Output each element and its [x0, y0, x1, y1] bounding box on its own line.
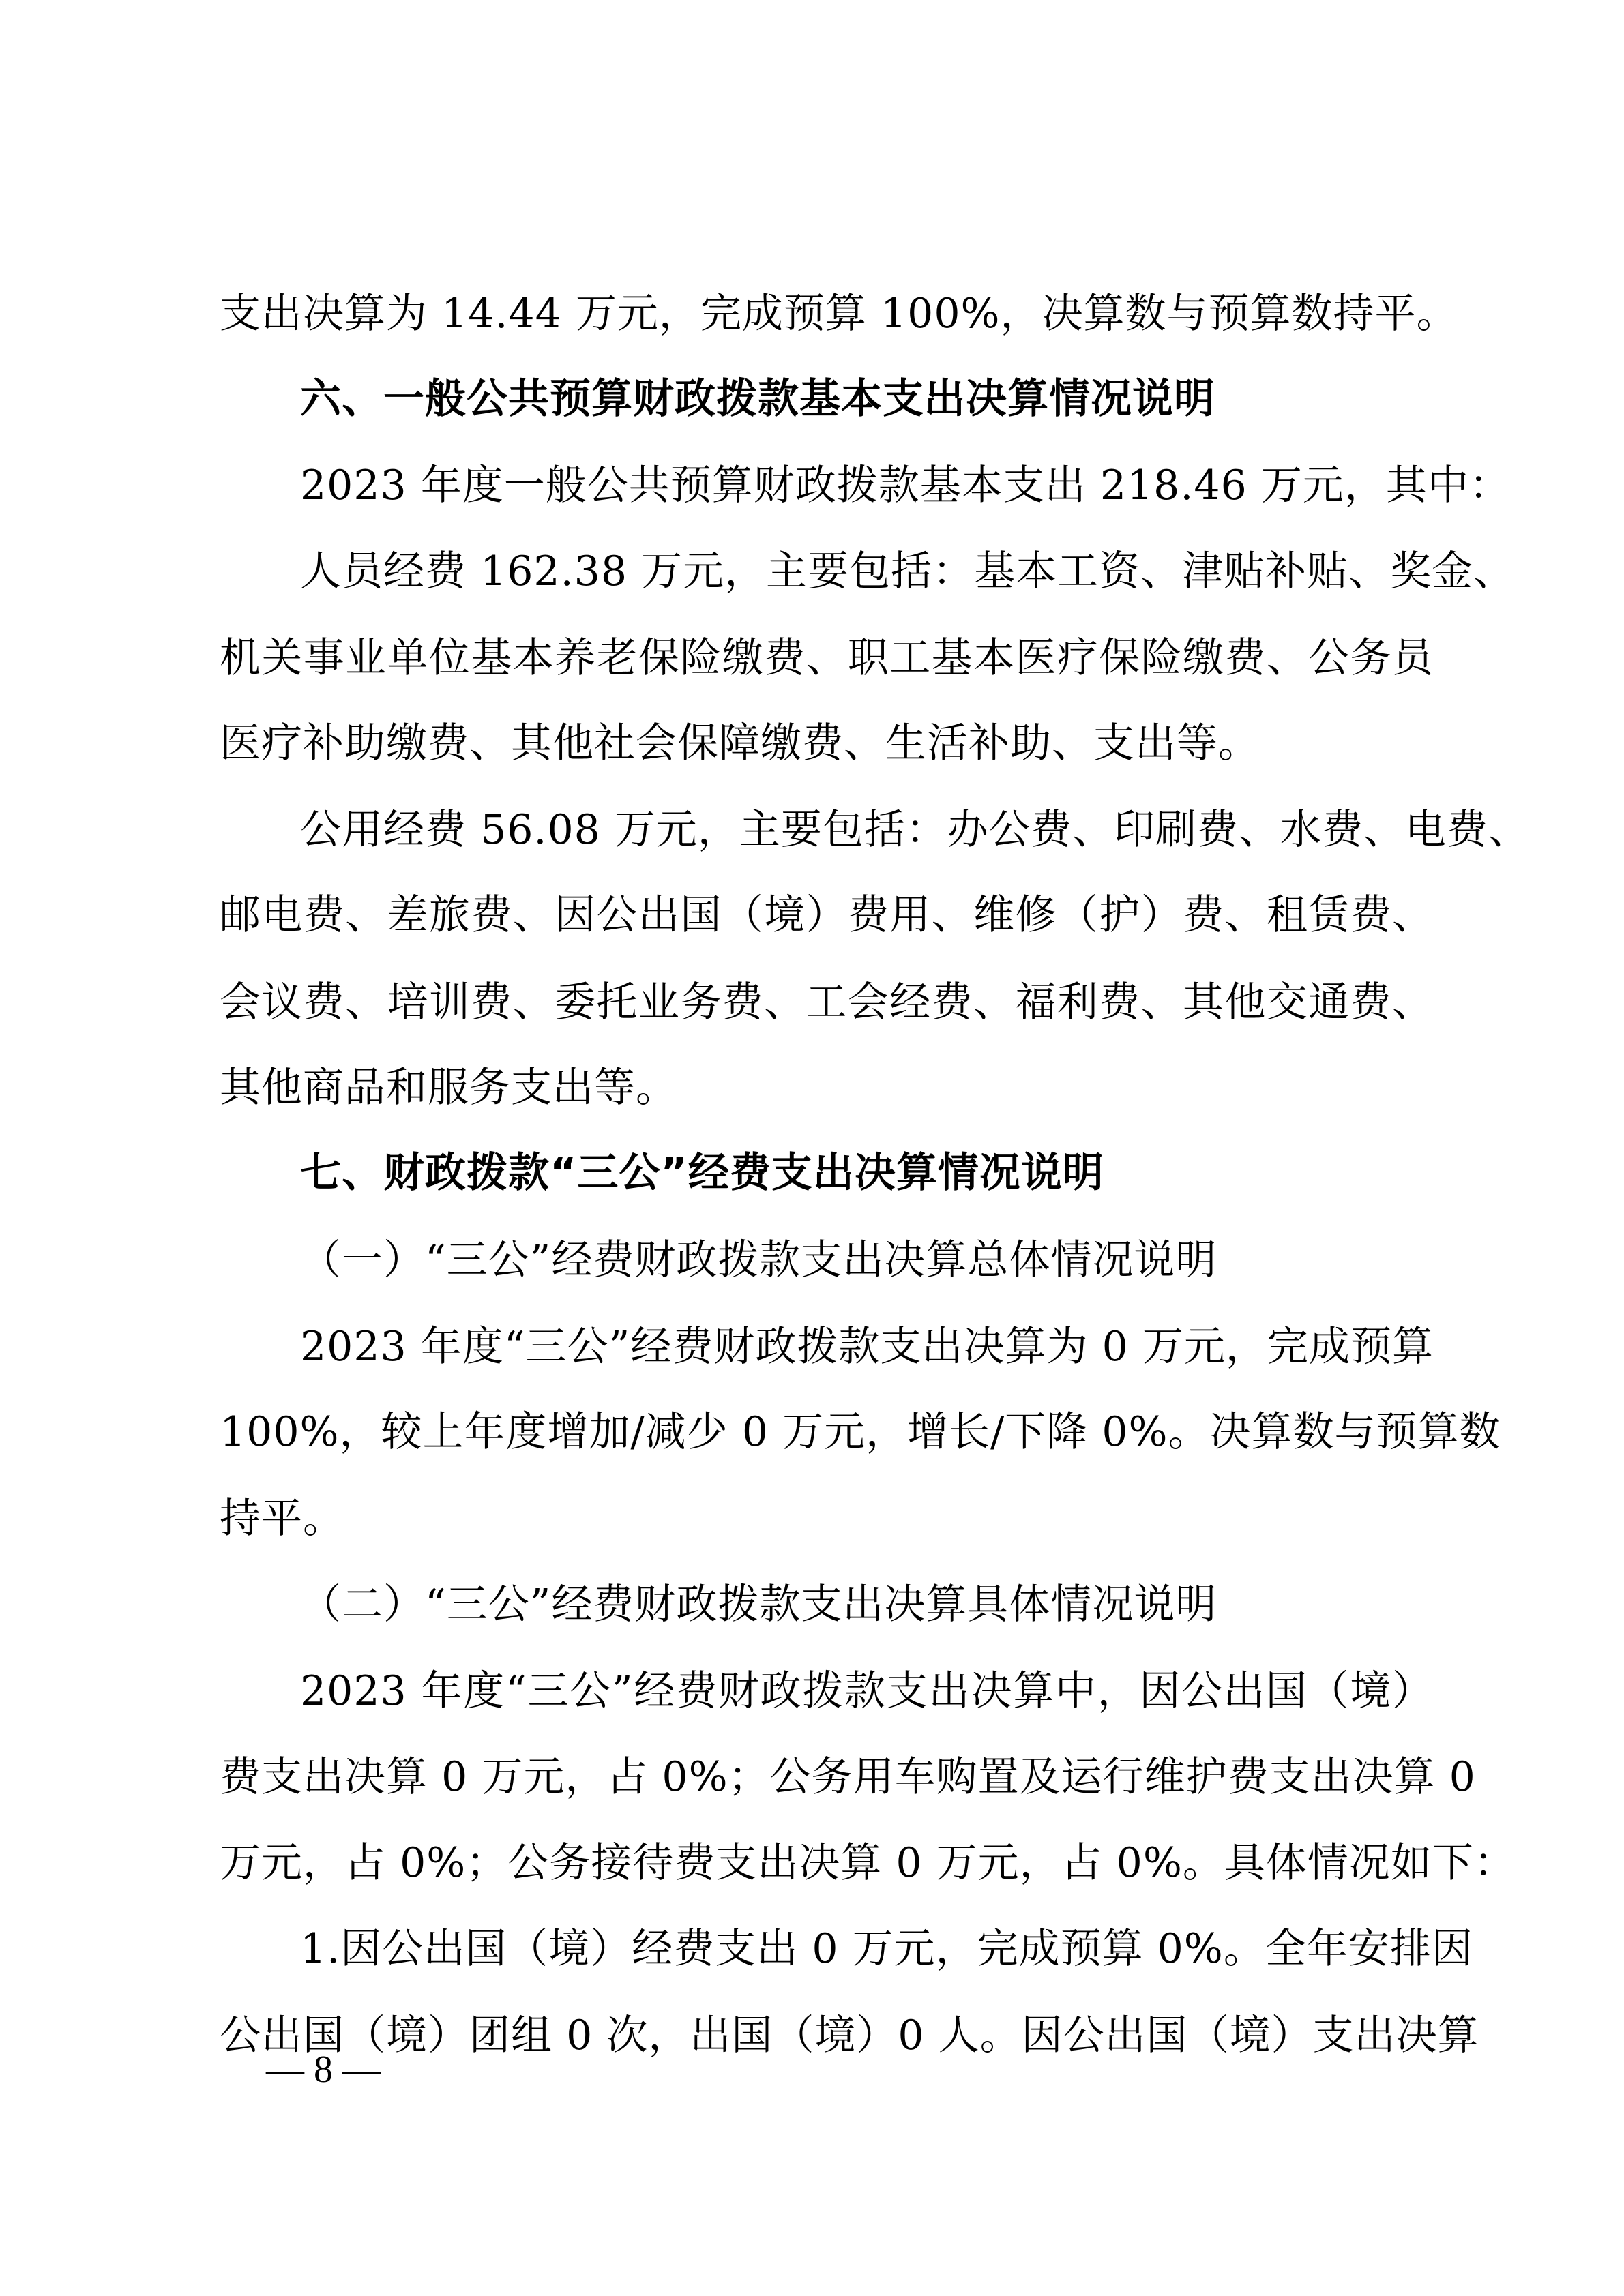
paragraph-text: 其他商品和服务支出等。: [220, 1060, 1434, 1115]
paragraph-text: 费支出决算 0 万元，占 0%；公务用车购置及运行维护费支出决算 0: [220, 1750, 1434, 1804]
paragraph-text: 机关事业单位基本养老保险缴费、职工基本医疗保险缴费、公务员: [220, 631, 1434, 685]
paragraph-text: 1.因公出国（境）经费支出 0 万元，完成预算 0%。全年安排因: [300, 1922, 1434, 1976]
paragraph-text: 2023 年度“三公”经费财政拨款支出决算中，因公出国（境）: [300, 1664, 1434, 1718]
subsection-heading-1: （一）“三公”经费财政拨款支出决算总体情况说明: [300, 1233, 1514, 1287]
paragraph-text: 100%，较上年度增加/减少 0 万元，增长/下降 0%。决算数与预算数: [220, 1405, 1434, 1459]
paragraph-continuation: 支出决算为 14.44 万元，完成预算 100%，决算数与预算数持平。: [220, 286, 1434, 341]
paragraph-text: 2023 年度“三公”经费财政拨款支出决算为 0 万元，完成预算: [300, 1320, 1434, 1374]
document-page: 支出决算为 14.44 万元，完成预算 100%，决算数与预算数持平。 六、一般…: [0, 0, 1624, 2296]
section-heading-6: 六、一般公共预算财政拨款基本支出决算情况说明: [300, 372, 1434, 426]
paragraph-text: 邮电费、差旅费、因公出国（境）费用、维修（护）费、租赁费、: [220, 888, 1434, 942]
paragraph-text: 万元，占 0%；公务接待费支出决算 0 万元，占 0%。具体情况如下：: [220, 1836, 1434, 1890]
paragraph-text: 持平。: [220, 1491, 1434, 1546]
paragraph-text: 会议费、培训费、委托业务费、工会经费、福利费、其他交通费、: [220, 975, 1434, 1030]
paragraph-text: 公用经费 56.08 万元，主要包括：办公费、印刷费、水费、电费、: [300, 803, 1434, 857]
subsection-heading-2: （二）“三公”经费财政拨款支出决算具体情况说明: [300, 1577, 1514, 1632]
paragraph-text: 2023 年度一般公共预算财政拨款基本支出 218.46 万元，其中：: [300, 458, 1434, 513]
section-heading-7: 七、财政拨款“三公”经费支出决算情况说明: [300, 1146, 1434, 1200]
paragraph-text: 人员经费 162.38 万元，主要包括：基本工资、津贴补贴、奖金、: [300, 544, 1434, 599]
paragraph-text: 医疗补助缴费、其他社会保障缴费、生活补助、支出等。: [220, 716, 1434, 771]
paragraph-text: 公出国（境）团组 0 次，出国（境）0 人。因公出国（境）支出决算: [220, 2008, 1434, 2063]
page-number: — 8 —: [266, 2046, 381, 2093]
